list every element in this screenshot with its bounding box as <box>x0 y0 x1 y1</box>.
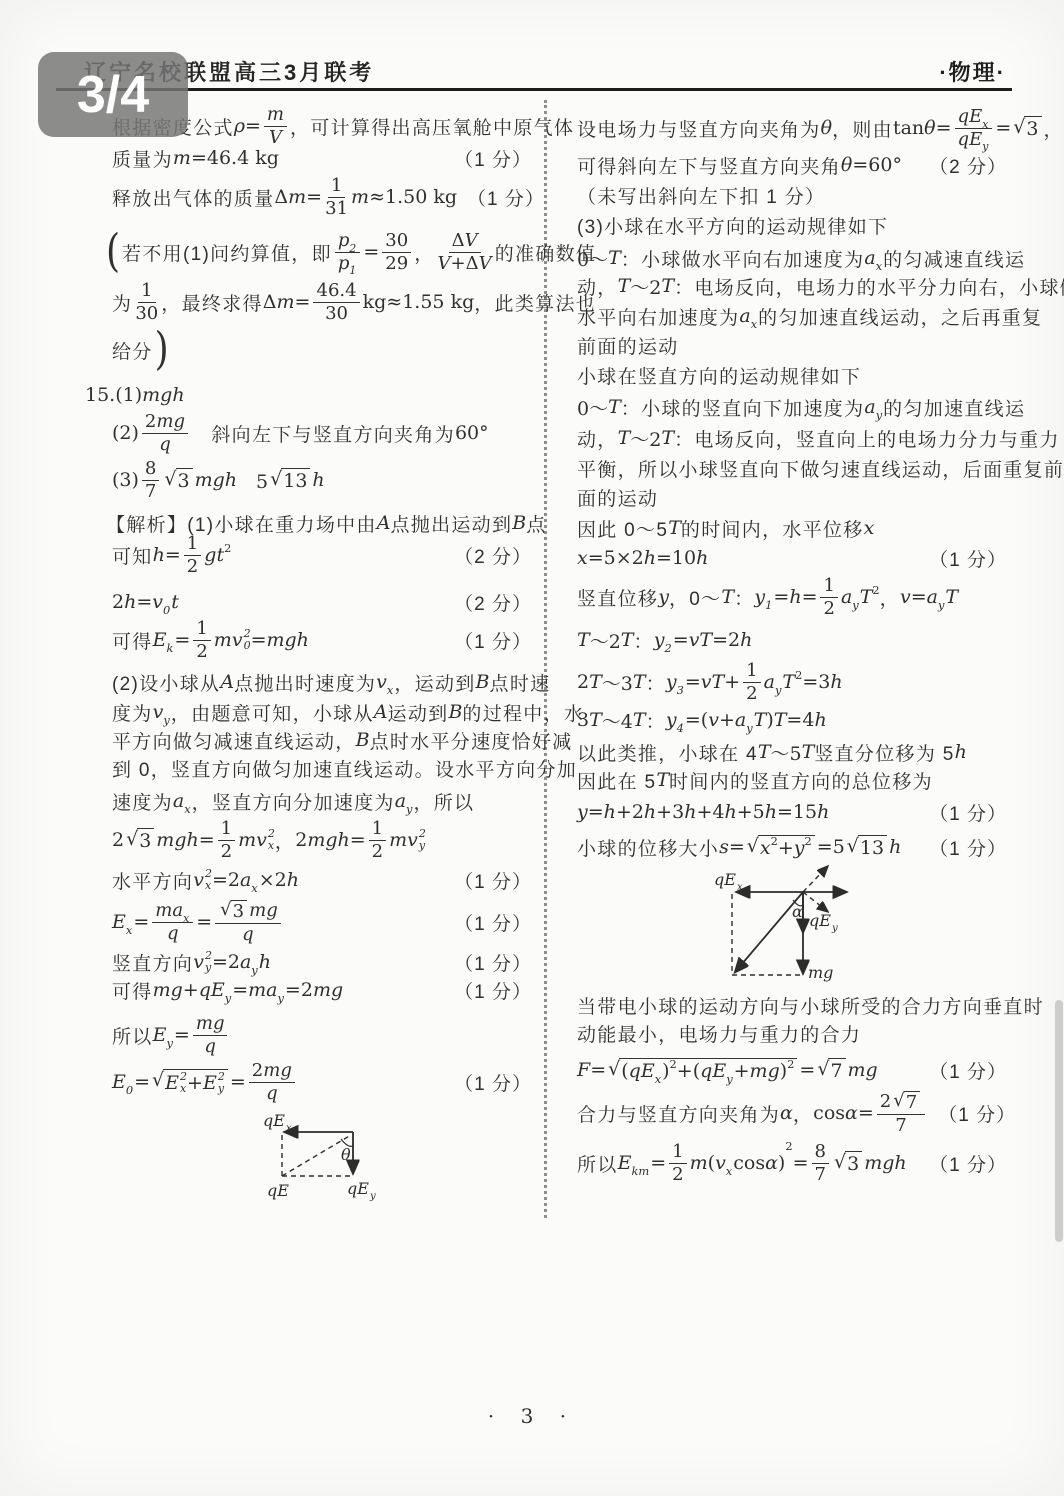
score-badge: （2 分） <box>444 589 532 616</box>
line-content: 3T～4T：y4=(v+ayT)T=4h <box>577 707 827 734</box>
right-text-line: 因此 0～5T 的时间内，水平位移 x <box>577 513 1007 543</box>
line-content: 前面的运动 <box>577 332 679 359</box>
right-text-line: 合力与竖直方向夹角为 α，cos α=2√77（1 分） <box>577 1098 1007 1128</box>
right-text-line: (3)小球在水平方向的运动规律如下 <box>577 210 1007 240</box>
line-content: 为130，最终求得 Δm=46.430 kg≈1.55 kg，此类算法也 <box>112 281 596 324</box>
label-qEy: qE <box>809 911 831 930</box>
left-text-line: 质量为 m=46.4 kg（1 分） <box>112 143 532 173</box>
right-text-line: x=5×2h=10h（1 分） <box>577 543 1007 573</box>
right-text-line: 平衡，所以小球竖直向下做匀速直线运动，后面重复前 <box>577 453 1007 483</box>
left-text-line: 速度为 ax，竖直方向分加速度为 ay，所以 <box>112 786 532 816</box>
score-badge: （1 分） <box>444 909 532 936</box>
right-text-line: F=√(qEx)2+(qEy+mg)2=√7mg（1 分） <box>577 1055 1007 1085</box>
score-badge: （2 分） <box>919 152 1007 179</box>
label-qE: qE <box>267 1181 289 1200</box>
label-qEy-sub: y <box>369 1191 376 1202</box>
force-diagram-right: qE x α qE y mg <box>700 858 875 998</box>
line-content: F=√(qEx)2+(qEy+mg)2=√7mg <box>577 1058 878 1082</box>
left-text-line: (2)设小球从 A 点抛出时速度为 vx，运动到 B 点时速 <box>112 667 532 697</box>
line-content: 0～T：小球的竖直向下加速度为 ay 的匀加速直线运 <box>577 394 1025 421</box>
line-content: (2)设小球从 A 点抛出时速度为 vx，运动到 B 点时速 <box>112 669 550 696</box>
right-text-line: 前面的运动 <box>577 330 1007 360</box>
right-text-line: 2T～3T： y3= vT+12ayT2=3h <box>577 667 1007 697</box>
right-text-line: （未写出斜向左下扣 1 分） <box>577 180 1007 210</box>
line-content: 因此在 5T 时间内的竖直方向的总位移为 <box>577 767 933 794</box>
line-content: 水平向右加速度为 ax 的匀加速直线运动，之后再重复 <box>577 303 1042 330</box>
line-content: 竖直方向 v2y=2ayh <box>112 949 271 976</box>
left-text-line: 给分) <box>112 335 532 365</box>
score-badge: （1 分） <box>919 1150 1007 1177</box>
score-badge: （1 分） <box>444 627 532 654</box>
left-text-line: 释放出气体的质量 Δm=131m≈1.50 kg（1 分） <box>112 182 532 212</box>
line-content: E0=√E2x+E2y=2mgq <box>112 1061 298 1104</box>
left-text-line: Ex=maxq=√3mgq（1 分） <box>112 907 532 937</box>
line-content: 质量为 m=46.4 kg <box>112 145 279 172</box>
line-content: 小球在竖直方向的运动规律如下 <box>577 362 861 389</box>
line-content: 可得斜向左下与竖直方向夹角 θ=60° <box>577 152 902 179</box>
score-badge: （1 分） <box>919 799 1007 826</box>
left-text-line: 可得 Ek=12mv20=mgh（1 分） <box>112 625 532 655</box>
score-badge: （1 分） <box>919 834 1007 861</box>
right-text-line: 因此在 5T 时间内的竖直方向的总位移为 <box>577 765 1007 795</box>
left-text-line: 竖直方向 v2y=2ayh（1 分） <box>112 947 532 977</box>
label-qEy: qE <box>347 1179 369 1198</box>
line-content: 动，T～2T：电场反向，竖直向上的电场力分力与重力 <box>577 425 1060 452</box>
line-content: 度为 vy，由题意可知，小球从 A 运动到 B 的过程中，水 <box>112 699 584 726</box>
line-content: 面的运动 <box>577 484 658 511</box>
line-content: (3)小球在水平方向的运动规律如下 <box>577 212 888 239</box>
footer-page-number: · 3 · <box>0 1404 1064 1428</box>
right-text-line: 0～T：小球做水平向右加速度为 ax 的匀减速直线运 <box>577 243 1007 273</box>
right-text-line: 小球在竖直方向的运动规律如下 <box>577 360 1007 390</box>
left-text-line: 所以 Ey=mgq <box>112 1020 532 1050</box>
dashed-velocity-arrow <box>803 867 827 892</box>
line-content: 所以 Ekm=12m(vx cos α)2=87√3mgh <box>577 1142 907 1185</box>
line-content: 给分) <box>112 332 171 368</box>
line-content: (2)2mgq 斜向左下与竖直方向夹角为 60° <box>112 412 489 455</box>
line-content: 【解析】(1)小球在重力场中由 A 点抛出运动到 B 点 <box>106 510 547 537</box>
line-content: y=h+2h+3h+4h+5h=15h <box>577 801 829 823</box>
line-content: T～2T： y2=vT=2h <box>577 627 752 654</box>
left-text-line: 可得 mg+qEy=may=2mg（1 分） <box>112 975 532 1005</box>
line-content: 设电场力与竖直方向夹角为 θ，则由 tan θ=qExqEy=√3， <box>577 107 1064 150</box>
right-text-line: 3T～4T：y4=(v+ayT)T=4h <box>577 705 1007 735</box>
left-text-line: 15.(1)mgh <box>85 380 532 410</box>
score-badge: （1 分） <box>444 145 532 172</box>
right-text-line: 可得斜向左下与竖直方向夹角 θ=60°（2 分） <box>577 150 1007 180</box>
right-text-line: 水平向右加速度为 ax 的匀加速直线运动，之后再重复 <box>577 301 1007 331</box>
line-content: 2T～3T： y3= vT+12ayT2=3h <box>577 661 843 704</box>
page-indicator-badge: 3/4 <box>38 52 188 137</box>
line-content: 动，T～2T：电场反向，电场力的水平分力向右，小球做 <box>577 273 1064 300</box>
right-text-line: T～2T： y2=vT=2h <box>577 625 1007 655</box>
line-content: 0～T：小球做水平向右加速度为 ax 的匀减速直线运 <box>577 245 1025 272</box>
right-text-line: 动，T～2T：电场反向，电场力的水平分力向右，小球做 <box>577 271 1007 301</box>
right-text-line: 设电场力与竖直方向夹角为 θ，则由 tan θ=qExqEy=√3， <box>577 113 1007 143</box>
line-content: 水平方向 v2x=2ax×2h <box>112 867 299 894</box>
right-text-line: 0～T：小球的竖直向下加速度为 ay 的匀加速直线运 <box>577 392 1007 422</box>
label-alpha: α <box>792 902 803 921</box>
line-content: 所以 Ey=mgq <box>112 1014 230 1057</box>
line-content: 可得 Ek=12mv20=mgh <box>112 619 309 662</box>
right-text-line: 动，T～2T：电场反向，竖直向上的电场力分力与重力 <box>577 423 1007 453</box>
left-text-line: (若不用(1)问约算值，即p2p1=3029，ΔVV+ΔV的准确数值 <box>104 237 532 267</box>
line-content: 小球的位移大小 s=√x2+y2=5 √13h <box>577 834 901 861</box>
left-text-line: 度为 vy，由题意可知，小球从 A 运动到 B 的过程中，水 <box>112 697 532 727</box>
right-text-line: 竖直位移 y，0～T：y1=h=12ayT2，v=ayT <box>577 582 1007 612</box>
label-mg: mg <box>808 963 833 982</box>
header-rule <box>56 88 1012 91</box>
score-badge: （1 分） <box>919 545 1007 572</box>
scrollbar-thumb[interactable] <box>1055 1000 1063 1242</box>
line-content: 速度为 ax，竖直方向分加速度为 ay，所以 <box>112 788 474 815</box>
score-badge: （1 分） <box>444 867 532 894</box>
page-header-subject: ·物理· <box>939 56 1006 87</box>
left-text-line: E0=√E2x+E2y=2mgq（1 分） <box>112 1067 532 1097</box>
dashed-normal-arrow <box>803 892 827 911</box>
line-content: 2√3mgh=12mv2x，2mgh=12mv2y <box>112 819 426 862</box>
line-content: (3)87√3mgh 5 √13h <box>112 459 325 502</box>
line-content: （未写出斜向左下扣 1 分） <box>577 182 825 209</box>
line-content: 可知 h=12gt2 <box>112 534 231 577</box>
left-text-line: (2)2mgq 斜向左下与竖直方向夹角为 60° <box>112 418 532 448</box>
line-content: 2h=v0t <box>112 591 179 613</box>
right-text-line: y=h+2h+3h+4h+5h=15h（1 分） <box>577 797 1007 827</box>
score-badge: （1 分） <box>928 1100 1016 1127</box>
line-content: 以此类推，小球在 4T～5T 竖直分位移为 5h <box>577 739 967 766</box>
line-content: 动能最小，电场力与重力的合力 <box>577 1020 861 1047</box>
label-qEx: qE <box>263 1111 285 1130</box>
score-badge: （1 分） <box>457 184 545 211</box>
left-text-line: (3)87√3mgh 5 √13h <box>112 465 532 495</box>
line-content: 到 0，竖直方向做匀加速直线运动。设水平方向分加 <box>112 755 577 782</box>
scanned-answer-page: 辽宁名校联盟高三3月联考 ·物理· 3/4 根据密度公式 ρ=mV，可计算得出高… <box>0 0 1064 1496</box>
line-content: x=5×2h=10h <box>577 547 708 569</box>
line-content: Ex=maxq=√3mgq <box>112 900 284 945</box>
label-qEx-sub: x <box>737 882 743 893</box>
label-qEx-sub: x <box>286 1123 292 1134</box>
label-qEx: qE <box>714 870 736 889</box>
line-content: 竖直位移 y，0～T：y1=h=12ayT2，v=ayT <box>577 576 958 619</box>
line-content: 15.(1)mgh <box>85 384 185 406</box>
left-text-line: 为130，最终求得 Δm=46.430 kg≈1.55 kg，此类算法也 <box>112 287 532 317</box>
score-badge: （2 分） <box>444 542 532 569</box>
label-qEy-sub: y <box>831 923 838 934</box>
line-content: (若不用(1)问约算值，即p2p1=3029，ΔVV+ΔV的准确数值 <box>104 231 596 274</box>
right-text-line: 所以 Ekm=12m(vx cos α)2=87√3mgh（1 分） <box>577 1148 1007 1178</box>
left-text-line: 到 0，竖直方向做匀加速直线运动。设水平方向分加 <box>112 753 532 783</box>
line-content: 因此 0～5T 的时间内，水平位移 x <box>577 515 874 542</box>
score-badge: （1 分） <box>444 977 532 1004</box>
line-content: 合力与竖直方向夹角为 α，cos α=2√77 <box>577 1091 928 1136</box>
left-text-line: 平方向做匀减速直线运动，B 点时水平分速度恰好减 <box>112 725 532 755</box>
line-content: 释放出气体的质量 Δm=131m≈1.50 kg <box>112 176 457 219</box>
left-text-line: 2h=v0t（2 分） <box>112 587 532 617</box>
left-text-line: 2√3mgh=12mv2x，2mgh=12mv2y <box>112 825 532 855</box>
score-badge: （1 分） <box>444 949 532 976</box>
right-text-line: 以此类推，小球在 4T～5T 竖直分位移为 5h <box>577 737 1007 767</box>
left-text-line: 水平方向 v2x=2ax×2h（1 分） <box>112 865 532 895</box>
score-badge: （1 分） <box>919 1057 1007 1084</box>
score-badge: （1 分） <box>444 1069 532 1096</box>
label-theta: θ <box>341 1145 351 1164</box>
line-content: 平方向做匀减速直线运动，B 点时水平分速度恰好减 <box>112 727 573 754</box>
line-content: 平衡，所以小球竖直向下做匀速直线运动，后面重复前 <box>577 455 1064 482</box>
force-diagram-left: qE x θ qE qE y <box>253 1102 393 1212</box>
right-text-line: 动能最小，电场力与重力的合力 <box>577 1018 1007 1048</box>
right-text-line: 面的运动 <box>577 482 1007 512</box>
left-text-line: 可知 h=12gt2（2 分） <box>112 540 532 570</box>
line-content: 可得 mg+qEy=may=2mg <box>112 977 343 1004</box>
